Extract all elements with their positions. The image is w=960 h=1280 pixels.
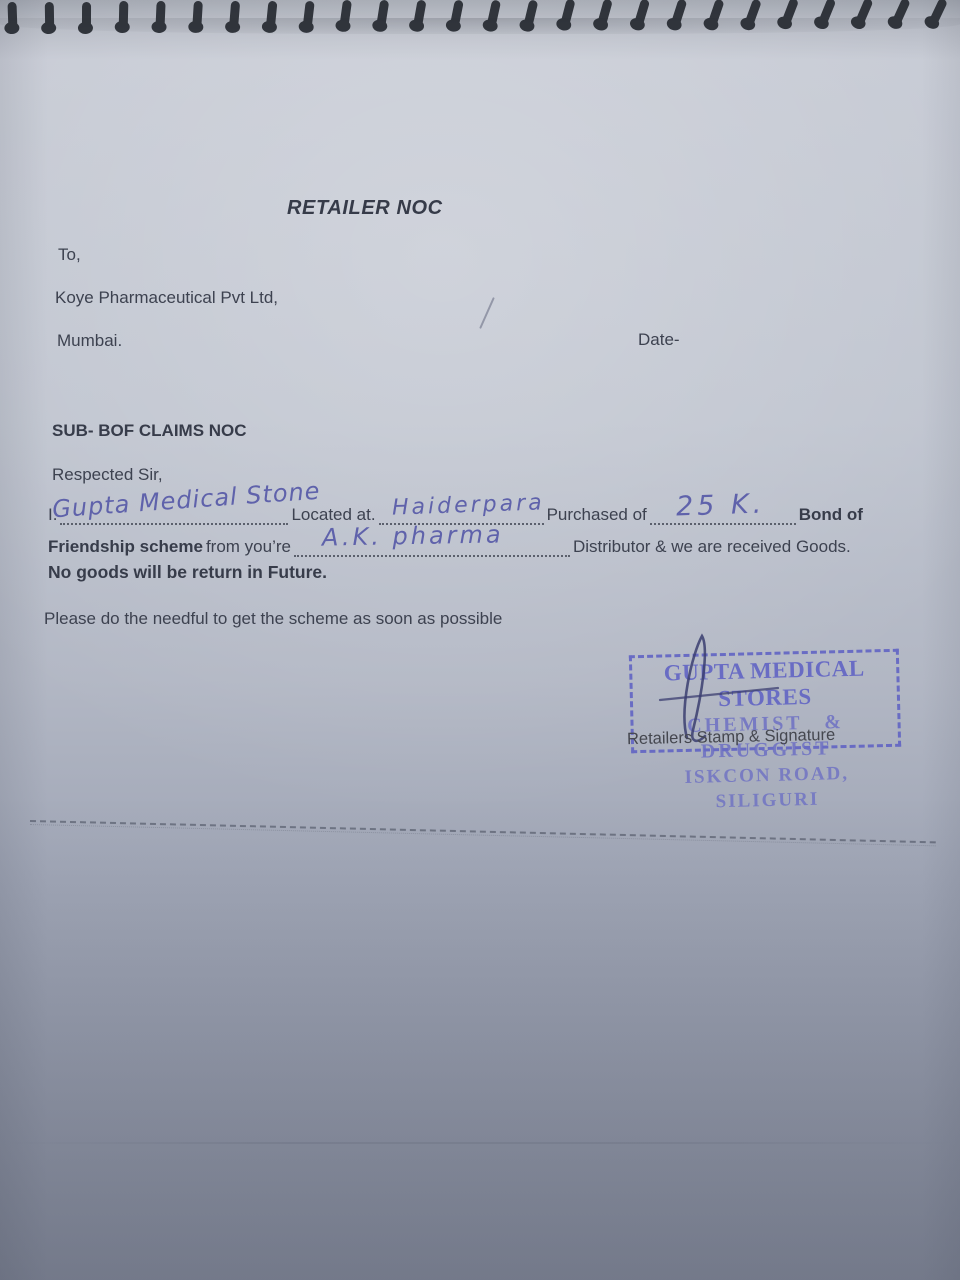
pen-scratch-mark xyxy=(479,297,495,329)
spiral-binding xyxy=(0,0,960,46)
spiral-loop xyxy=(266,1,278,32)
spiral-loop xyxy=(596,0,613,30)
no-return-statement: No goods will be return in Future. xyxy=(48,562,327,583)
recipient-company: Koye Pharmaceutical Pvt Ltd, xyxy=(55,288,278,308)
purchased-label: Purchased of xyxy=(547,505,647,525)
scheme-label: Friendship scheme xyxy=(48,537,203,557)
spiral-loop xyxy=(449,0,464,31)
spiral-loop xyxy=(376,0,390,31)
spiral-loop xyxy=(853,0,873,29)
bond-label: Bond of xyxy=(799,505,863,525)
paper-crease xyxy=(0,1142,960,1144)
spiral-loop xyxy=(45,2,54,32)
spiral-loop xyxy=(486,0,501,31)
spiral-loop xyxy=(302,1,314,32)
salutation-to: To, xyxy=(58,245,81,265)
spiral-loop xyxy=(890,0,911,29)
handwritten-amount: 25 K. xyxy=(675,488,765,522)
spiral-loop xyxy=(670,0,688,30)
from-label: from you’re xyxy=(206,537,291,557)
spiral-loop xyxy=(155,1,165,31)
spiral-loop xyxy=(706,0,724,30)
letter-title: RETAILER NOC xyxy=(287,197,443,220)
perforation-dashed-line xyxy=(30,820,936,843)
spiral-loop xyxy=(927,0,948,28)
spiral-loop xyxy=(559,0,575,30)
spiral-loop xyxy=(743,0,762,30)
spiral-loop xyxy=(817,0,837,29)
handwritten-distributor: A.K. pharma xyxy=(322,520,504,551)
scanned-letter-photo: RETAILER NOC To, Koye Pharmaceutical Pvt… xyxy=(0,0,960,1280)
handwritten-location: Haiderpara xyxy=(392,490,545,520)
spiral-loop xyxy=(780,0,799,29)
subject-line: SUB- BOF CLAIMS NOC xyxy=(52,421,247,441)
spiral-loop xyxy=(119,1,129,31)
line2-suffix: Distributor & we are received Goods. xyxy=(573,537,851,557)
spiral-loop xyxy=(192,1,203,31)
spiral-loop xyxy=(7,2,17,32)
spiral-loop xyxy=(82,2,91,32)
recipient-city: Mumbai. xyxy=(57,331,122,351)
closing-request: Please do the needful to get the scheme … xyxy=(44,609,502,629)
spiral-loop xyxy=(339,0,352,30)
spiral-loop xyxy=(412,0,426,31)
greeting: Respected Sir, xyxy=(52,465,163,485)
stamp-address: ISKCON ROAD, SILIGURI xyxy=(639,760,896,816)
spiral-loop xyxy=(229,1,240,32)
spiral-loop xyxy=(633,0,650,30)
date-label: Date- xyxy=(638,330,680,350)
spiral-loop xyxy=(523,0,539,31)
